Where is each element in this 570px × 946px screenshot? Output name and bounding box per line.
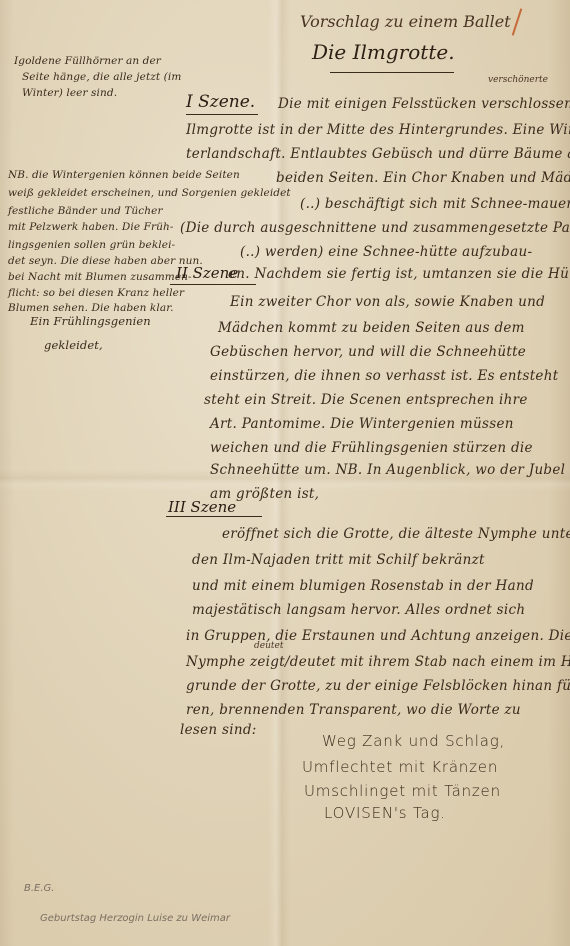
margin-note-line: weiß gekleidet erscheinen, und Sorgenien… [8, 188, 291, 199]
text-line: Art. Pantomime. Die Wintergenien müssen [210, 418, 514, 432]
text-line: steht ein Streit. Die Scenen entsprechen… [204, 394, 528, 408]
margin-note-line: Igoldene Füllhörner an der [14, 56, 161, 67]
margin-note-line: gekleidet, [44, 340, 103, 352]
manuscript-page: Vorschlag zu einem Ballet Die Ilmgrotte.… [0, 0, 570, 946]
text-line: Mädchen kommt zu beiden Seiten aus dem [218, 322, 525, 336]
verse-line: LOVISEN's Tag. [324, 806, 446, 821]
text-line: Schneehütte um. NB. In Augenblick, wo de… [210, 464, 565, 478]
red-crayon-mark [512, 8, 523, 35]
margin-note-line: mit Pelzwerk haben. Die Früh- [8, 222, 174, 233]
text-line: terlandschaft. Entlaubtes Gebüsch und dü… [186, 148, 570, 162]
text-line: (..) beschäftigt sich mit Schnee-mauer [300, 198, 570, 212]
text-line: den Ilm-Najaden tritt mit Schilf bekränz… [192, 554, 485, 568]
interlinear-insertion: deutet [254, 642, 283, 651]
margin-note-line: det seyn. Die diese haben aber nun. [8, 256, 203, 267]
scene-1-label: I Szene. [186, 94, 255, 111]
margin-note-line: flicht: so bei diesen Kranz heller [8, 288, 184, 299]
verse-line: Umflechtet mit Kränzen [302, 760, 498, 775]
text-line: eröffnet sich die Grotte, die älteste Ny… [222, 528, 570, 542]
text-line: Gebüschen hervor, und will die Schneehüt… [210, 346, 526, 360]
title: Die Ilmgrotte. [312, 42, 455, 62]
text-line: Ilmgrotte ist in der Mitte des Hintergru… [186, 124, 570, 138]
margin-note-line: Blumen sehen. Die haben klar. [8, 303, 174, 314]
text-line: (Die durch ausgeschnittene und zusammeng… [180, 222, 570, 236]
text-line: Nymphe zeigt/deutet mit ihrem Stab nach … [186, 656, 570, 670]
archive-mark: B.E.G. [24, 884, 54, 894]
pencil-caption: Geburtstag Herzogin Luise zu Weimar [40, 914, 230, 924]
verse-line: Umschlinget mit Tänzen [304, 784, 501, 799]
margin-note-line: Seite hänge, die alle jetzt (im [22, 72, 181, 83]
margin-note-line: Winter) leer sind. [22, 88, 117, 99]
text-line: in Gruppen, die Erstaunen und Achtung an… [186, 630, 570, 644]
text-line: Die mit einigen Felsstücken verschlossen… [278, 98, 570, 112]
text-line: grunde der Grotte, zu der einige Felsblö… [186, 680, 570, 694]
margin-note-line: lingsgenien sollen grün beklei- [8, 240, 175, 251]
margin-note-line: Ein Frühlingsgenien [30, 316, 151, 328]
text-line: ren, brennenden Transparent, wo die Wort… [186, 704, 521, 718]
text-line: majestätisch langsam hervor. Alles ordne… [192, 604, 525, 618]
text-line: weichen und die Frühlingsgenien stürzen … [210, 442, 533, 456]
scene-2-underline [170, 284, 256, 285]
title-underline [330, 72, 454, 73]
interlinear-insertion: verschönerte [488, 76, 548, 85]
text-line: beiden Seiten. Ein Chor Knaben und Mädch… [276, 172, 570, 186]
margin-note-line: NB. die Wintergenien können beide Seiten [8, 170, 240, 181]
margin-note-line: festliche Bänder und Tücher [8, 206, 163, 217]
text-line: Ein zweiter Chor von als, sowie Knaben u… [230, 296, 545, 310]
text-line: und mit einem blumigen Rosenstab in der … [192, 580, 534, 594]
scene-1-underline [186, 114, 258, 115]
scene-3-underline [166, 516, 262, 517]
subtitle: Vorschlag zu einem Ballet [300, 14, 511, 30]
margin-note-line: bei Nacht mit Blumen zusammen- [8, 272, 192, 283]
text-line: en. Nachdem sie fertig ist, umtanzen sie… [228, 268, 570, 282]
scene-2-label: II Szene [176, 266, 238, 281]
scene-3-label: III Szene [168, 500, 236, 515]
verse-line: Weg Zank und Schlag, [322, 734, 505, 749]
text-line: einstürzen, die ihnen so verhasst ist. E… [210, 370, 558, 384]
text-line: (..) werden) eine Schnee-hütte aufzubau- [240, 246, 532, 260]
text-line: lesen sind: [180, 724, 257, 738]
